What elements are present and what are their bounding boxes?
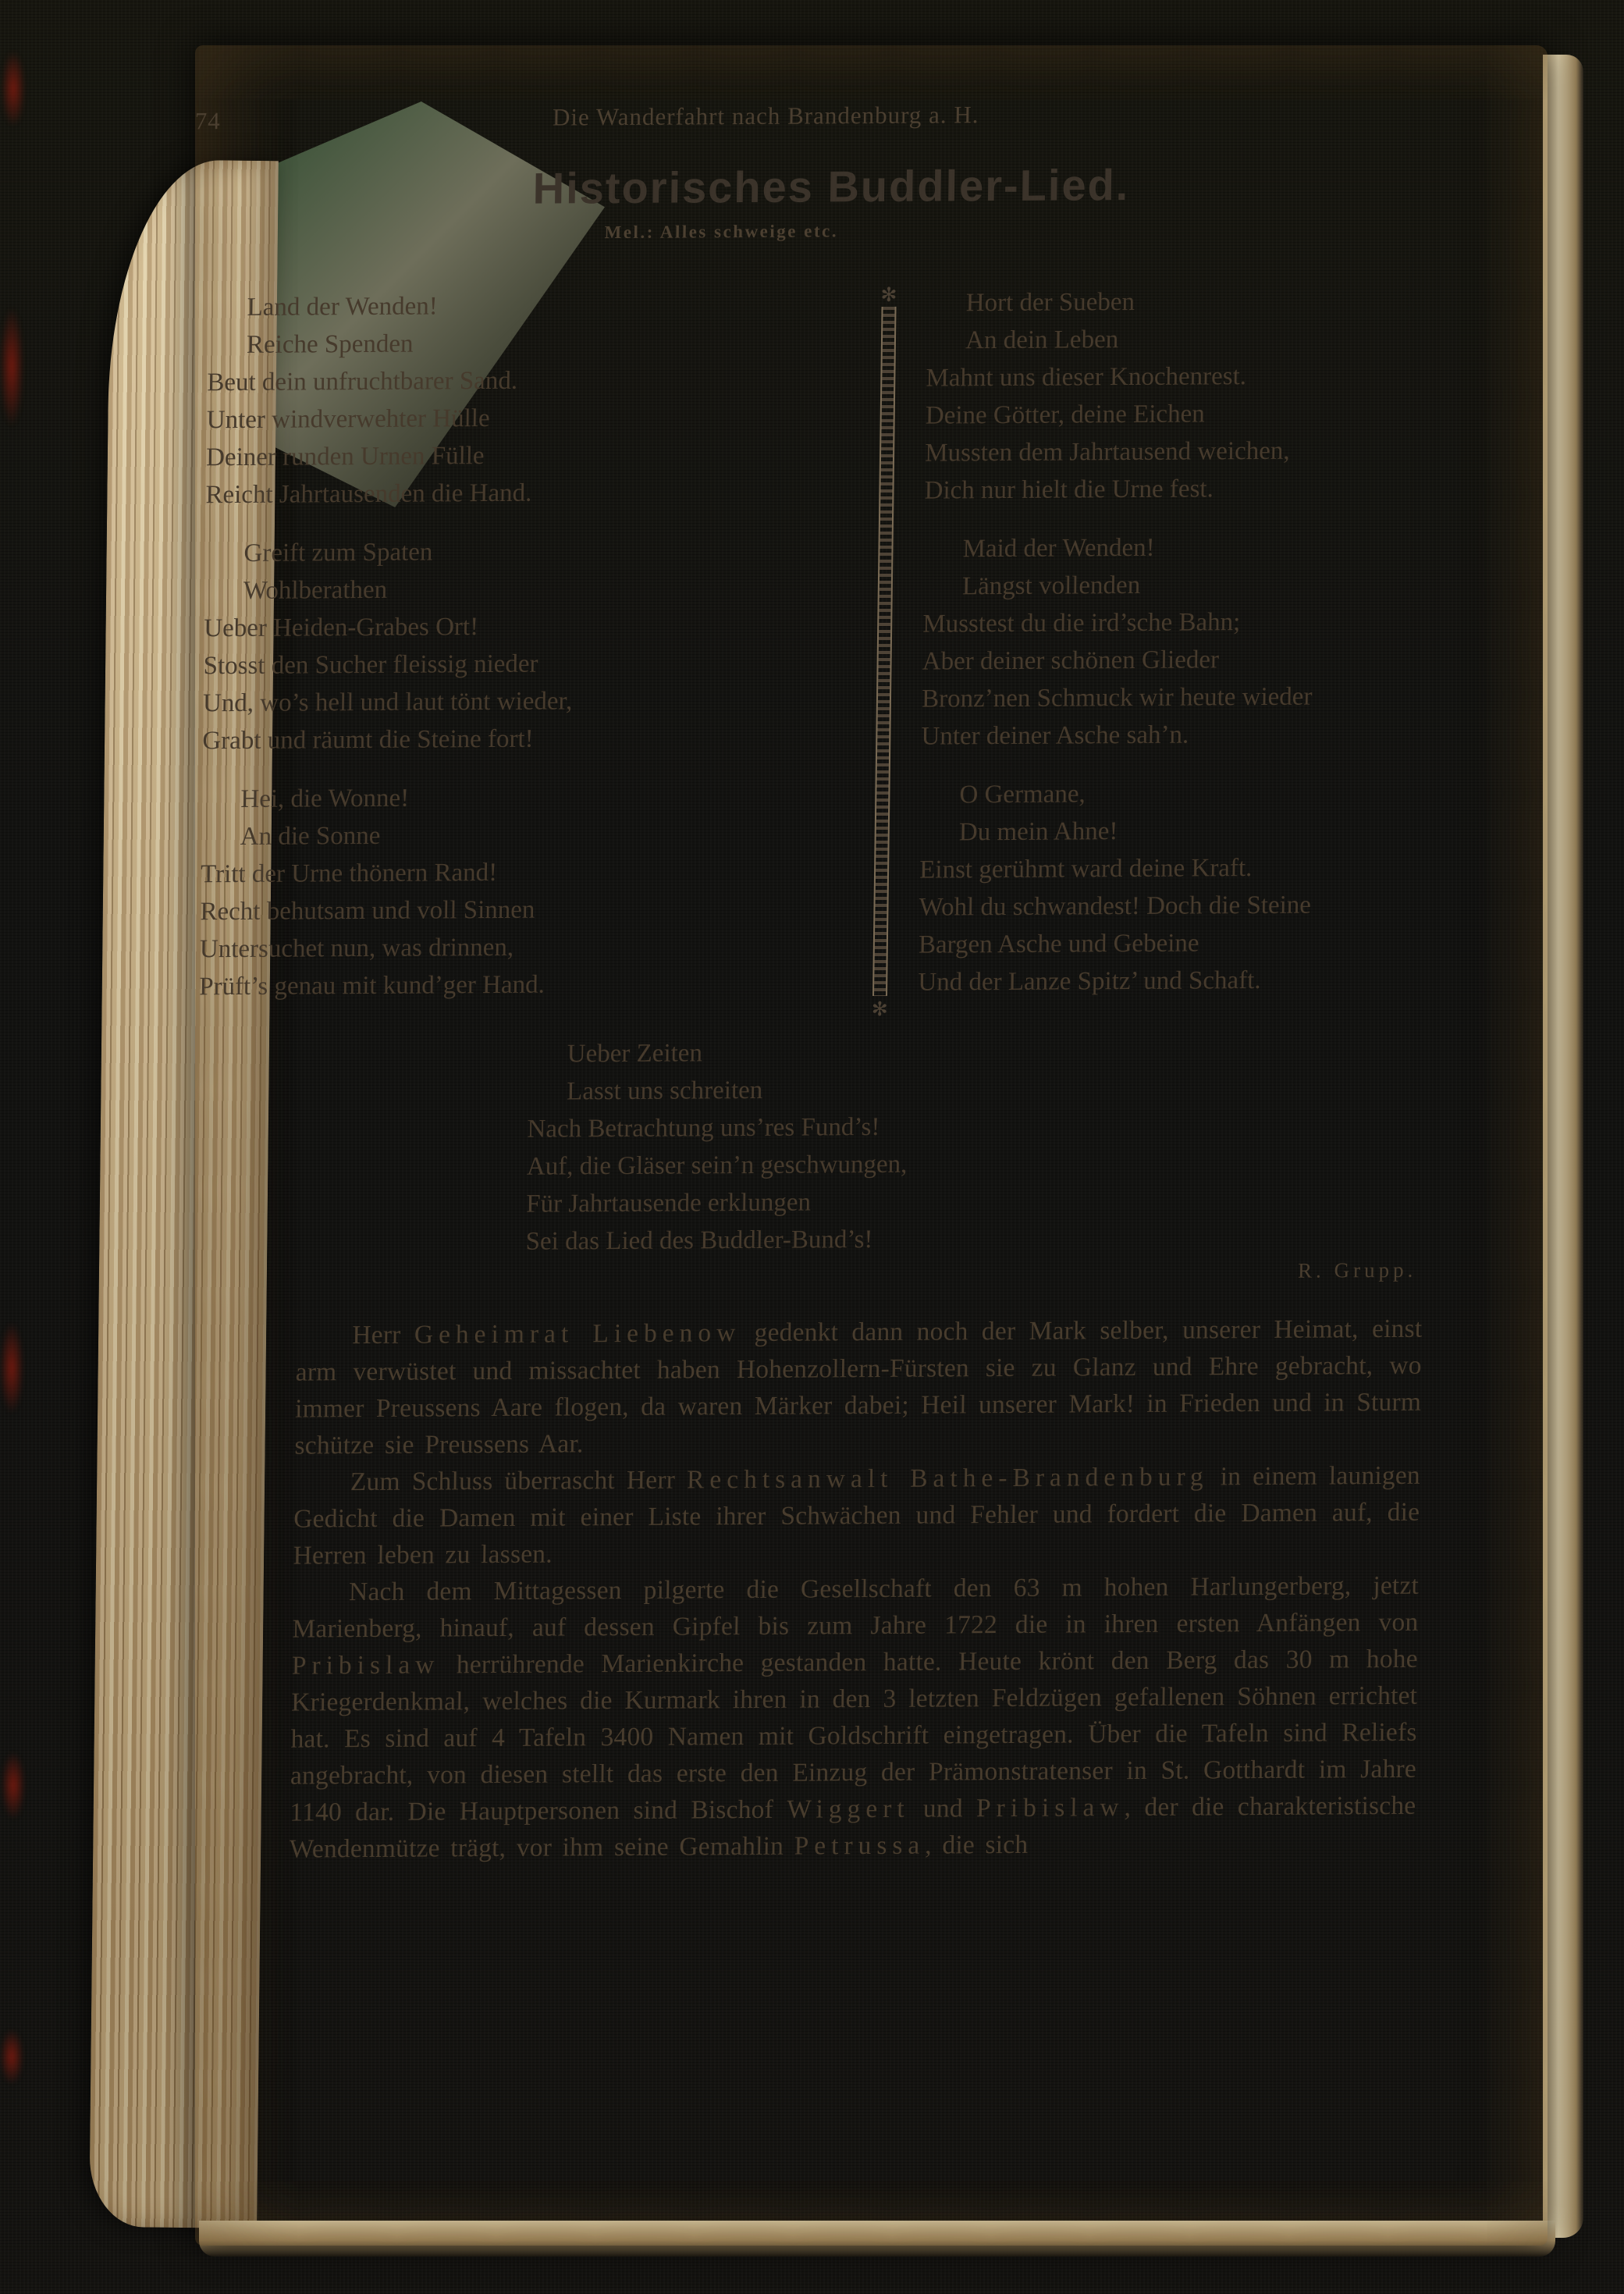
stanza: Land der Wenden!Reiche SpendenBeut dein … [205,285,871,514]
text-segment: , die sich [925,1830,1028,1860]
verse-line: Reicht Jahrtausenden die Hand. [205,472,869,514]
stanza: Greift zum SpatenWohlberathenUeber Heide… [202,531,868,759]
poem-column-right: Hort der SuebenAn dein LebenMahnt uns di… [897,281,1483,1023]
melody-note: Mel.: Alles schweige etc. [158,219,1285,246]
verse-line: Mussten dem Jahrtausend weichen, [925,431,1480,471]
spine-red-mark [0,2029,23,2084]
verse-line: O Germane, [920,773,1476,813]
verse-line: An dein Leben [926,318,1482,359]
stanza: Hort der SuebenAn dein LebenMahnt uns di… [924,281,1483,509]
separator-ornament-bottom-icon: ✻ [871,998,887,1018]
spine-red-mark [2,1752,25,1819]
verse-line: Unter windverwehter Hülle [206,397,869,439]
verse-line: Hei, die Wonne! [201,777,865,818]
verse-line: Wohl du schwandest! Doch die Steine [919,885,1474,926]
page-content: 74 Die Wanderfahrt nach Brandenburg a. H… [289,98,1438,1868]
text-segment: und [909,1794,976,1823]
author-attribution: R. Grupp. [297,1258,1423,1289]
final-stanza: Ueber ZeitenLasst uns schreitenNach Betr… [525,1033,908,1261]
prose-section: Herr Geheimrat Liebenow gedenkt dann noc… [289,1311,1422,1868]
verse-line: Nach Betrachtung uns’res Fund’s! [527,1108,908,1148]
text-segment: Herr [352,1321,414,1350]
verse-line: Musstest du die ird’sche Bahn; [922,602,1478,642]
verse-line: Prüft’s genau mit kund’ger Hand. [199,964,862,1005]
verse-line: Ueber Heiden-Grabes Ort! [204,606,867,647]
paragraph: Zum Schluss überrascht Herr Rechtsanwalt… [293,1457,1420,1574]
spine-red-mark [0,1323,23,1413]
paragraph: Herr Geheimrat Liebenow gedenkt dann noc… [294,1311,1422,1464]
text-segment: Pribislaw [976,1793,1125,1823]
verse-line: Beut dein unfruchtbarer Sand. [207,360,870,401]
verse-line: Du mein Ahne! [920,810,1476,851]
verse-line: Wohlberathen [204,568,868,610]
text-segment: Pribislaw [292,1650,440,1680]
verse-line: Maid der Wenden! [923,527,1479,567]
book-page: 74 Die Wanderfahrt nach Brandenburg a. H… [195,45,1548,2246]
poem-column-left: Land der Wenden!Reiche SpendenBeut dein … [199,285,872,1026]
verse-line: Unter deiner Asche sah’n. [921,714,1477,755]
verse-line: Hort der Sueben [926,281,1482,322]
verse-line: Deine Götter, deine Eichen [926,393,1481,434]
separator-ornament-top-icon: ✻ [880,285,897,304]
verse-line: Reiche Spenden [208,322,871,364]
paragraph: Nach dem Mittagessen pilgerte die Gesell… [289,1567,1419,1868]
running-title: Die Wanderfahrt nach Brandenburg a. H. [203,98,1329,133]
verse-line: Einst gerühmt ward deine Kraft. [919,848,1475,888]
verse-line: Greift zum Spaten [204,531,868,572]
verse-line: Land der Wenden! [208,285,871,326]
page-right-edge [1543,55,1583,2238]
text-segment: Zum Schluss überrascht Herr [350,1466,688,1497]
text-segment: Petrussa [794,1831,925,1861]
separator-dotted-rule [872,307,897,996]
verse-line: Sei das Lied des Buddler-Bund’s! [525,1221,906,1261]
spine-red-mark [2,52,25,126]
verse-line: Für Jahrtausende erklungen [526,1183,907,1223]
text-segment: Geheimrat Liebenow [414,1318,741,1350]
verse-line: Stosst den Sucher fleissig nieder [203,643,866,685]
verse-line: Bargen Asche und Gebeine [919,923,1474,963]
text-segment: Rechtsanwalt Bathe-Brandenburg [687,1462,1209,1494]
verse-line: Tritt der Urne thönern Rand! [201,852,864,893]
stanza: Hei, die Wonne!An die SonneTritt der Urn… [199,777,865,1005]
verse-line: An die Sonne [201,814,864,855]
verse-line: Bronz’nen Schmuck wir heute wieder [922,677,1477,717]
verse-line: Mahnt uns dieser Knochenrest. [926,356,1481,397]
verse-line: Und, wo’s hell und laut tönt wieder, [203,681,866,722]
verse-line: Und der Lanze Spitz’ und Schaft. [918,960,1473,1001]
stanza: O Germane,Du mein Ahne!Einst gerühmt war… [918,773,1477,1001]
verse-line: Auf, die Gläser sein’n geschwungen, [527,1146,908,1186]
verse-line: Dich nur hielt die Urne fest. [924,468,1480,509]
stanza: Maid der Wenden!Längst vollendenMusstest… [921,527,1480,755]
verse-line: Aber deiner schönen Glieder [922,639,1477,680]
song-title: Historisches Buddler-Lied. [268,158,1395,215]
verse-line: Grabt und räumt die Steine fort! [202,718,865,759]
photo-background: { "page": { "number": "74", "running_tit… [0,0,1624,2294]
verse-line: Längst vollenden [923,564,1479,605]
verse-line: Ueber Zeiten [528,1033,908,1073]
text-segment: Nach dem Mittagessen pilgerte die Gesell… [292,1571,1419,1644]
page-header: 74 Die Wanderfahrt nach Brandenburg a. H… [311,98,1438,146]
verse-line: Recht behutsam und voll Sinnen [200,889,863,930]
spine-red-mark [0,308,23,425]
verse-line: Deiner runden Urnen Fülle [206,435,869,476]
text-segment: Wiggert [787,1794,910,1824]
verse-line: Untersuchet nun, was drinnen, [200,926,863,968]
verse-line: Lasst uns schreiten [528,1071,908,1111]
poem: Land der Wenden!Reiche SpendenBeut dein … [199,281,1483,1026]
